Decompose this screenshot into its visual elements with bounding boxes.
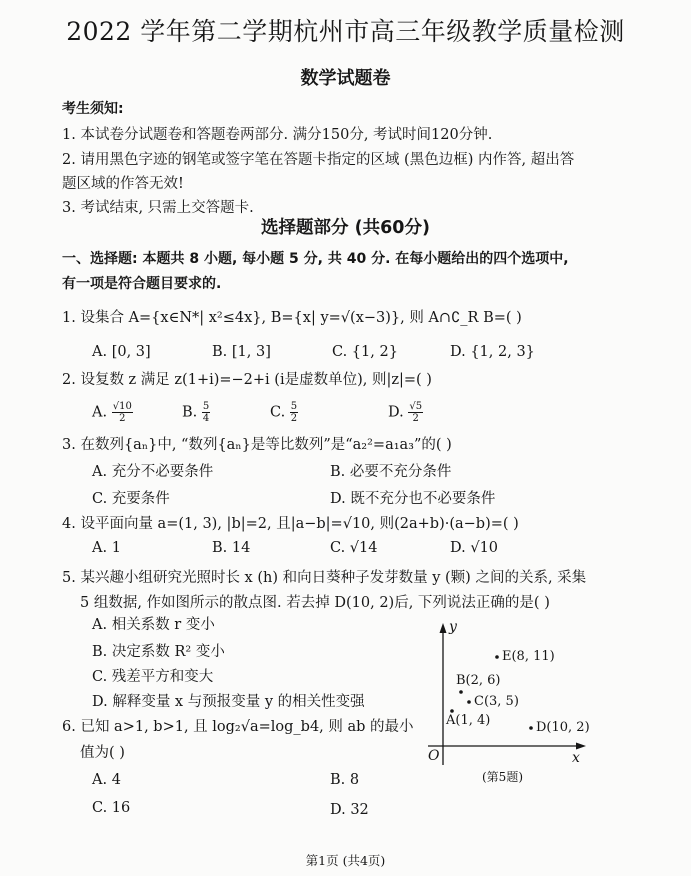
question-6-option-c: C. 16 <box>92 800 130 816</box>
notice-item-2: 2. 请用黑色字迹的钢笔或签字笔在答题卡指定的区域 (黑色边框) 内作答, 超出… <box>62 148 574 169</box>
y-axis-label: y <box>449 619 457 635</box>
question-1-option-d: D. {1, 2, 3} <box>450 344 535 360</box>
question-6-stem-line2: 值为( ) <box>80 741 125 762</box>
point-b-label: B(2, 6) <box>456 673 501 688</box>
notice-item-1: 1. 本试卷分试题卷和答题卷两部分. 满分150分, 考试时间120分钟. <box>62 123 492 144</box>
question-2-option-b: B. 54 <box>182 401 210 424</box>
question-2-option-d: D. √52 <box>388 401 423 424</box>
question-5-option-a: A. 相关系数 r 变小 <box>92 613 215 634</box>
point-e-label: E(8, 11) <box>502 649 555 664</box>
exam-title: 2022 学年第二学期杭州市高三年级教学质量检测 <box>0 12 691 48</box>
x-axis-arrow-icon <box>576 743 586 750</box>
point-c <box>467 700 471 704</box>
question-4-option-b: B. 14 <box>212 540 250 556</box>
question-1-option-a: A. [0, 3] <box>92 344 151 360</box>
question-1-option-c: C. {1, 2} <box>332 344 398 360</box>
question-4-option-c: C. √14 <box>330 540 378 556</box>
section-intro-line2: 有一项是符合题目要求的. <box>62 273 221 293</box>
point-b <box>459 690 463 694</box>
question-6-option-d: D. 32 <box>330 802 369 818</box>
question-6-option-b: B. 8 <box>330 772 359 788</box>
question-3-option-b: B. 必要不充分条件 <box>330 460 451 481</box>
y-axis-arrow-icon <box>440 623 447 633</box>
question-5-option-c: C. 残差平方和变大 <box>92 665 213 686</box>
notice-heading: 考生须知: <box>62 98 124 118</box>
question-5-stem-line2: 5 组数据, 作如图所示的散点图. 若去掉 D(10, 2)后, 下列说法正确的… <box>80 591 550 612</box>
scatter-figure: y x O A(1, 4) B(2, 6) C(3, 5) D(10, 2) E… <box>420 615 620 815</box>
question-5-option-b: B. 决定系数 R² 变小 <box>92 640 225 661</box>
page-footer: 第1页 (共4页) <box>0 851 691 869</box>
section-intro-line1: 一、选择题: 本题共 8 小题, 每小题 5 分, 共 40 分. 在每小题给出… <box>62 248 569 268</box>
question-6-stem-line1: 6. 已知 a>1, b>1, 且 log₂√a=log_b4, 则 ab 的最… <box>62 715 414 736</box>
question-6-option-a: A. 4 <box>92 772 121 788</box>
question-2-stem: 2. 设复数 z 满足 z(1+i)=−2+i (i是虚数单位), 则|z|=(… <box>62 368 432 389</box>
point-d <box>529 726 533 730</box>
point-c-label: C(3, 5) <box>474 694 519 709</box>
x-axis-label: x <box>572 750 580 766</box>
notice-item-2-cont: 题区域的作答无效! <box>62 172 184 193</box>
figure-caption: (第5题) <box>482 768 523 785</box>
origin-label: O <box>428 748 439 764</box>
question-1-stem: 1. 设集合 A={x∈N*| x²≤4x}, B={x| y=√(x−3)},… <box>62 306 522 327</box>
question-4-stem: 4. 设平面向量 a=(1, 3), |b|=2, 且|a−b|=√10, 则(… <box>62 512 519 533</box>
question-3-option-a: A. 充分不必要条件 <box>92 460 213 481</box>
question-3-stem: 3. 在数列{aₙ}中, “数列{aₙ}是等比数列”是“a₂²=a₁a₃”的( … <box>62 433 452 454</box>
question-5-stem-line1: 5. 某兴趣小组研究光照时长 x (h) 和向日葵种子发芽数量 y (颗) 之间… <box>62 566 586 587</box>
question-1-option-b: B. [1, 3] <box>212 344 271 360</box>
point-e <box>495 655 499 659</box>
question-2-option-c: C. 52 <box>270 401 298 424</box>
point-d-label: D(10, 2) <box>536 720 590 735</box>
question-4-option-a: A. 1 <box>92 540 121 556</box>
question-4-option-d: D. √10 <box>450 540 498 556</box>
question-3-option-d: D. 既不充分也不必要条件 <box>330 487 495 508</box>
section-title: 选择题部分 (共60分) <box>0 214 691 239</box>
question-5-option-d: D. 解释变量 x 与预报变量 y 的相关性变强 <box>92 690 365 711</box>
question-2-option-a: A. √102 <box>92 401 133 424</box>
point-a-label: A(1, 4) <box>446 713 490 728</box>
exam-subtitle: 数学试题卷 <box>0 64 691 90</box>
question-3-option-c: C. 充要条件 <box>92 487 170 508</box>
